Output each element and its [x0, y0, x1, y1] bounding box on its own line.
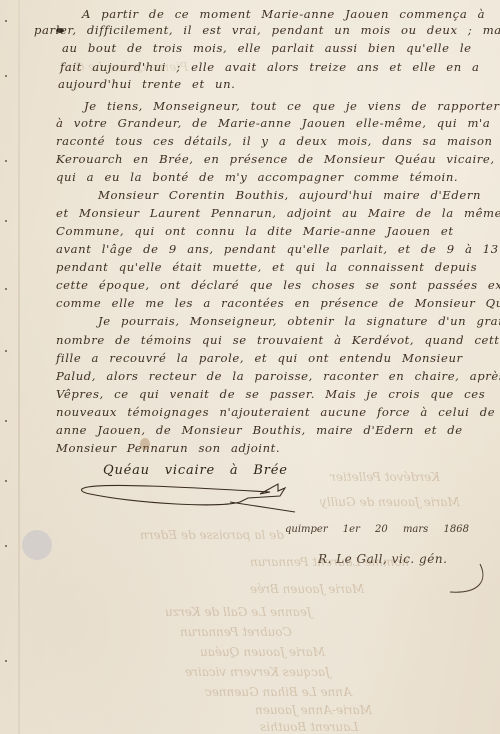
- body-line: Monsieur Corentin Bouthis, aujourd'hui m…: [98, 188, 481, 202]
- body-line: pendant qu'elle était muette, et qui la …: [56, 260, 477, 274]
- ink-blot: [56, 28, 64, 33]
- bleed-line: Marie Jaouen de Guilly: [320, 495, 460, 509]
- body-line: comme elle me les a racontées en présenc…: [56, 296, 500, 310]
- body-line: Commune, qui ont connu la dite Marie-ann…: [56, 224, 454, 238]
- bleed-line: Marie Jaouen Quéau: [200, 645, 325, 659]
- body-line: Monsieur Pennarun son adjoint.: [56, 441, 280, 455]
- margin-marks: [2, 20, 12, 720]
- bleed-line: Kerdévot Pelletier: [330, 470, 440, 484]
- body-line: à votre Grandeur, de Marie-anne Jaouen e…: [56, 116, 490, 130]
- bleed-line: Marie Jaouen Brée: [250, 582, 364, 596]
- body-line: fait aujourd'hui ; elle avait alors trei…: [60, 60, 480, 74]
- bleed-line: Laurent Bouthis: [260, 720, 358, 734]
- bleed-line: Coubret Pennarun: [180, 625, 292, 639]
- body-line: Palud, alors recteur de la paroisse, rac…: [56, 369, 500, 383]
- body-line: raconté tous ces détails, il y a deux mo…: [56, 134, 500, 148]
- paper-fold-line: [18, 0, 20, 734]
- body-line: cette époque, ont déclaré que les choses…: [56, 278, 500, 292]
- body-line: au bout de trois mois, elle parlait auss…: [62, 41, 472, 55]
- body-line: Vêpres, ce qui venait de se passer. Mais…: [56, 387, 485, 401]
- bleed-line: Anne Le Bihan Guennec: [205, 685, 352, 699]
- body-line: A partir de ce moment Marie-anne Jaouen …: [82, 7, 485, 21]
- body-line: et Monsieur Laurent Pennarun, adjoint au…: [56, 206, 500, 220]
- annotation-flourish-icon: [440, 560, 490, 600]
- manuscript-page: Kerdévot Pelletier Marie Jaouen de Guill…: [0, 0, 500, 734]
- body-line: Kerouarch en Brée, en présence de Monsie…: [56, 152, 495, 166]
- body-line: Je pourrais, Monseigneur, obtenir la sig…: [98, 314, 500, 328]
- body-line: nouveaux témoignages n'ajouteraient aucu…: [56, 405, 500, 419]
- bleed-line: Jeanne Le Gall de Kerzu: [165, 605, 312, 619]
- bleed-line: Jacques Kervern vicaire: [185, 665, 330, 679]
- faded-stamp: [22, 530, 52, 560]
- body-line: qui a eu la bonté de m'y accompagner com…: [56, 170, 458, 184]
- body-line: avant l'âge de 9 ans, pendant qu'elle pa…: [56, 242, 500, 256]
- body-line: fille a recouvré la parole, et qui ont e…: [56, 351, 463, 365]
- body-line: aujourd'hui trente et un.: [58, 77, 235, 91]
- ink-stain: [140, 438, 150, 450]
- body-line: parler, difficilement, il est vrai, pend…: [34, 23, 500, 37]
- annotation-signature: R. Le Gall, vic. gén.: [318, 552, 447, 566]
- bleed-line: Marie-Anne Jaouen: [255, 703, 372, 717]
- annotation-date: quimper 1er 20 mars 1868: [285, 524, 469, 535]
- signature-name: Quéau vicaire à Brée: [103, 463, 288, 478]
- body-line: Je tiens, Monseigneur, tout ce que je vi…: [84, 99, 500, 113]
- signature-flourish-icon: [80, 478, 310, 538]
- body-line: nombre de témoins qui se trouvaient à Ke…: [56, 333, 500, 347]
- body-line: anne Jaouen, de Monsieur Bouthis, maire …: [56, 423, 463, 437]
